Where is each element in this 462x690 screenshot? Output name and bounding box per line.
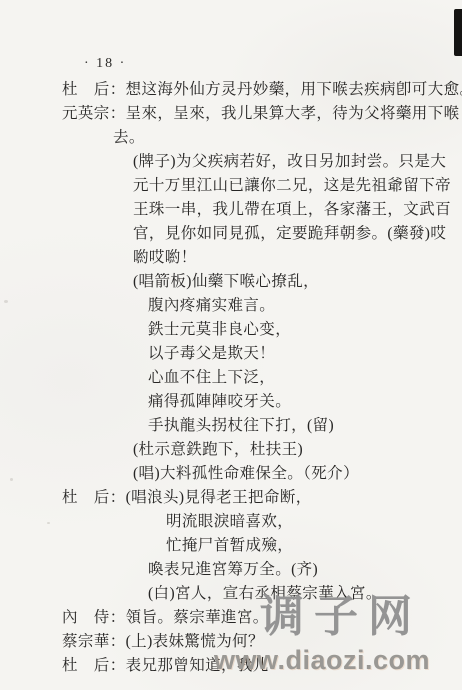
line-text: 去。 xyxy=(113,129,145,146)
line-text: 元十万里江山已讓你二兄，这是先祖爺留下帝 xyxy=(133,177,451,194)
line-text: (白)宮人，宣右丞相蔡宗華入宮。 xyxy=(148,585,382,602)
scan-speck xyxy=(10,478,13,481)
speaker-label: 杜 后： xyxy=(62,78,126,102)
speaker-label: 內 侍： xyxy=(62,606,126,630)
script-line: (白)宮人，宣右丞相蔡宗華入宮。 xyxy=(148,582,456,606)
script-line: (唱)大料孤性命难保全。（死介） xyxy=(133,462,456,486)
script-line: 元英宗：呈來，呈來，我儿果算大孝，待为父将藥用下喉 xyxy=(62,102,456,126)
line-text: 喚表兄進宮筹万全。(齐) xyxy=(148,561,318,578)
speaker-label: 元英宗： xyxy=(62,102,126,126)
line-text: 痛得孤陣陣咬牙关。 xyxy=(148,393,291,410)
script-line: 忙掩尸首暂成殮， xyxy=(166,534,456,558)
script-line: 蔡宗華：(上)表妹驚慌为何？ xyxy=(62,630,456,654)
script-line: 去。 xyxy=(113,126,456,150)
scanned-script-page: · 18 · 杜 后：想这海外仙方灵丹妙藥，用下喉去疾病卽可大愈。元英宗：呈來，… xyxy=(0,0,462,690)
line-text: 喲哎喲！ xyxy=(133,249,197,266)
script-line: 喚表兄進宮筹万全。(齐) xyxy=(148,558,456,582)
script-line: 杜 后：想这海外仙方灵丹妙藥，用下喉去疾病卽可大愈。 xyxy=(62,78,456,102)
script-line: (牌子)为父疾病若好，改日另加封尝。只是大 xyxy=(133,150,456,174)
line-text: 想这海外仙方灵丹妙藥，用下喉去疾病卽可大愈。 xyxy=(126,81,462,98)
line-text: (唱)大料孤性命难保全。（死介） xyxy=(133,465,359,482)
script-line: 以子毒父是欺天！ xyxy=(148,342,456,366)
scan-speck xyxy=(4,300,8,303)
script-line: 元十万里江山已讓你二兄，这是先祖爺留下帝 xyxy=(133,174,456,198)
script-line: 喲哎喲！ xyxy=(133,246,456,270)
script-line: 內 侍：領旨。蔡宗華進宮。 xyxy=(62,606,456,630)
line-text: 手执龍头拐杖往下打，(留) xyxy=(148,417,334,434)
page-number: · 18 · xyxy=(62,50,456,78)
line-text: 明流眼淚暗喜欢， xyxy=(166,513,293,530)
line-text: (唱浪头)見得老王把命断， xyxy=(126,489,312,506)
speaker-label: 杜 后： xyxy=(62,486,126,510)
script-line: (唱箭板)仙藥下喉心撩乱， xyxy=(133,270,456,294)
script-line: 痛得孤陣陣咬牙关。 xyxy=(148,390,456,414)
line-text: 官，見你如同見孤，定要跪拜朝参。(藥發)哎 xyxy=(133,225,446,242)
line-text: 表兄那曾知道，我儿 xyxy=(126,657,269,674)
scan-artifact-corner-bar xyxy=(454,9,462,56)
speaker-label: 杜 后： xyxy=(62,654,126,678)
line-text: 心血不住上下泛， xyxy=(148,369,275,386)
speaker-label: 蔡宗華： xyxy=(62,630,126,654)
line-text: (牌子)为父疾病若好，改日另加封尝。只是大 xyxy=(133,153,446,170)
line-text: 鉄士元莫非良心变， xyxy=(148,321,291,338)
line-text: (上)表妹驚慌为何？ xyxy=(126,633,264,650)
script-line: 手执龍头拐杖往下打，(留) xyxy=(148,414,456,438)
line-text: 腹內疼痛实难言。 xyxy=(148,297,275,314)
line-text: (杜示意鉄跑下，杜扶王) xyxy=(133,441,303,458)
script-line: 杜 后：表兄那曾知道，我儿 xyxy=(62,654,456,678)
line-text: 呈來，呈來，我儿果算大孝，待为父将藥用下喉 xyxy=(126,105,460,122)
scan-speck xyxy=(47,522,50,524)
line-text: 以子毒父是欺天！ xyxy=(148,345,275,362)
script-lines: 杜 后：想这海外仙方灵丹妙藥，用下喉去疾病卽可大愈。元英宗：呈來，呈來，我儿果算… xyxy=(62,78,456,678)
script-line: (杜示意鉄跑下，杜扶王) xyxy=(133,438,456,462)
page-content: · 18 · 杜 后：想这海外仙方灵丹妙藥，用下喉去疾病卽可大愈。元英宗：呈來，… xyxy=(62,50,456,678)
line-text: 領旨。蔡宗華進宮。 xyxy=(126,609,269,626)
line-text: 王珠一串，我儿帶在項上，各家藩王，文武百 xyxy=(133,201,451,218)
line-text: (唱箭板)仙藥下喉心撩乱， xyxy=(133,273,319,290)
script-line: 鉄士元莫非良心变， xyxy=(148,318,456,342)
line-text: 忙掩尸首暂成殮， xyxy=(166,537,293,554)
script-line: 王珠一串，我儿帶在項上，各家藩王，文武百 xyxy=(133,198,456,222)
script-line: 腹內疼痛实难言。 xyxy=(148,294,456,318)
script-line: 心血不住上下泛， xyxy=(148,366,456,390)
script-line: 明流眼淚暗喜欢， xyxy=(166,510,456,534)
script-line: 杜 后：(唱浪头)見得老王把命断， xyxy=(62,486,456,510)
script-line: 官，見你如同見孤，定要跪拜朝参。(藥發)哎 xyxy=(133,222,456,246)
